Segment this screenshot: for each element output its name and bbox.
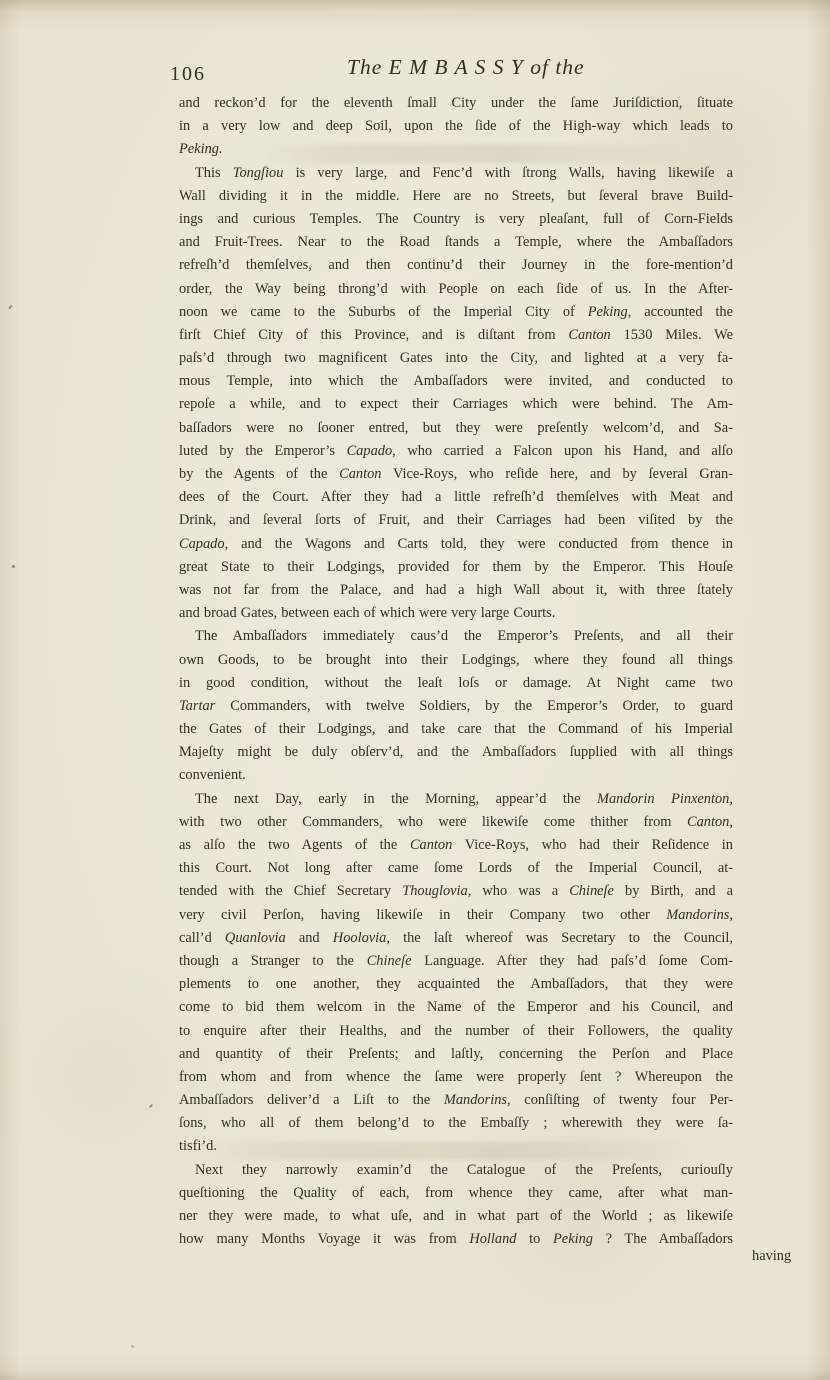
body-text: as alſo the two Agents of the — [179, 837, 410, 853]
body-text: , and the Wagons and Carts told, they we… — [225, 536, 733, 552]
text-line: Capado, and the Wagons and Carts told, t… — [179, 533, 733, 556]
ink-speck — [12, 565, 15, 568]
body-text: , the laſt whereof was Secretary to the … — [386, 930, 733, 946]
italic-text: Canton — [339, 466, 381, 482]
body-text: Wall dividing it in the middle. Here are… — [179, 188, 733, 204]
body-text: is very large, and Fenc’d with ſtrong Wa… — [283, 165, 733, 181]
body-text: Vice-Roys, who had their Reſidence in — [452, 837, 733, 853]
body-text: convenient. — [179, 767, 246, 783]
text-line: very civil Perſon, having likewiſe in th… — [179, 904, 733, 927]
italic-text: Thouglovia — [402, 883, 468, 899]
text-line: great State to their Lodgings, provided … — [179, 556, 733, 579]
text-line: ſons, who all of them belong’d to the Em… — [179, 1112, 733, 1135]
body-text: The Ambaſſadors immediately caus’d the E… — [195, 628, 733, 644]
body-text: dees of the Court. After they had a litt… — [179, 489, 733, 505]
text-line: how many Months Voyage it was from Holla… — [179, 1228, 733, 1251]
italic-text: Chineſe — [569, 883, 614, 899]
body-text: queſtioning the Quality of each, from wh… — [179, 1185, 733, 1201]
text-line: ner they were made, to what uſe, and in … — [179, 1205, 733, 1228]
italic-text: Canton — [568, 327, 610, 343]
body-text: to — [517, 1231, 554, 1247]
italic-text: Quanlovia — [225, 930, 286, 946]
body-text: , who was a — [468, 883, 569, 899]
text-line: by the Agents of the Canton Vice-Roys, w… — [179, 463, 733, 486]
body-text: tended with the Chief Secretary — [179, 883, 402, 899]
body-text: , — [729, 907, 733, 923]
italic-text: Mandorin Pinxenton — [597, 791, 729, 807]
text-line: firſt Chief City of this Province, and i… — [179, 324, 733, 347]
italic-text: Peking. — [179, 141, 223, 157]
text-line: The Ambaſſadors immediately caus’d the E… — [179, 625, 733, 648]
body-text: by Birth, and a — [614, 883, 733, 899]
italic-text: Peking — [588, 304, 628, 320]
body-text: , accounted the — [628, 304, 733, 320]
ink-speck — [131, 1345, 134, 1348]
text-line: paſs’d through two magnificent Gates int… — [179, 347, 733, 370]
text-line: in good condition, without the leaſt loſ… — [179, 672, 733, 695]
body-text: in good condition, without the leaſt loſ… — [179, 675, 733, 691]
body-text: 1530 Miles. We — [611, 327, 733, 343]
body-text: by the Agents of the — [179, 466, 339, 482]
text-line: and reckon’d for the eleventh ſmall City… — [179, 92, 733, 115]
body-text: come to bid them welcom in the Name of t… — [179, 999, 733, 1015]
text-line: Next they narrowly examin’d the Catalogu… — [179, 1159, 733, 1182]
text-line: queſtioning the Quality of each, from wh… — [179, 1182, 733, 1205]
body-text: and quantity of their Preſents; and laſt… — [179, 1046, 733, 1062]
body-text: and reckon’d for the eleventh ſmall City… — [179, 95, 733, 111]
body-text: from whom and from whence the ſame were … — [179, 1069, 733, 1085]
body-text: mous Temple, into which the Ambaſſadors … — [179, 373, 733, 389]
body-text: this Court. Not long after came ſome Lor… — [179, 860, 733, 876]
italic-text: Capado — [347, 443, 393, 459]
text-line: plements to one another, they acquainted… — [179, 973, 733, 996]
body-text: Language. After they had paſs’d ſome Com… — [411, 953, 733, 969]
body-text: the Gates of their Lodgings, and take ca… — [179, 721, 733, 737]
text-line: luted by the Emperor’s Capado, who carri… — [179, 440, 733, 463]
body-text: Drink, and ſeveral ſorts of Fruit, and t… — [179, 512, 733, 528]
text-line: with two other Commanders, who were like… — [179, 811, 733, 834]
italic-text: Capado — [179, 536, 225, 552]
body-text: in a very low and deep Soil, upon the ſi… — [179, 118, 733, 134]
text-line: The next Day, early in the Morning, appe… — [179, 788, 733, 811]
text-line: convenient. — [179, 764, 733, 787]
body-text: Ambaſſadors deliver’d a Liſt to the — [179, 1092, 444, 1108]
text-line: tended with the Chief Secretary Thouglov… — [179, 880, 733, 903]
body-text: with two other Commanders, who were like… — [179, 814, 687, 830]
text-line: own Goods, to be brought into their Lodg… — [179, 649, 733, 672]
body-text: to enquire after their Healths, and the … — [179, 1023, 733, 1039]
body-text: Next they narrowly examin’d the Catalogu… — [195, 1162, 733, 1178]
body-text: The next Day, early in the Morning, appe… — [195, 791, 597, 807]
text-line: to enquire after their Healths, and the … — [179, 1020, 733, 1043]
italic-text: Peking — [553, 1231, 593, 1247]
text-line: Tartar Commanders, with twelve Soldiers,… — [179, 695, 733, 718]
text-line: Majeſty might be duly obſerv’d, and the … — [179, 741, 733, 764]
body-text: , who carried a Falcon upon his Hand, an… — [392, 443, 733, 459]
body-text: and broad Gates, between each of which w… — [179, 605, 555, 621]
italic-text: Mandorins — [444, 1092, 507, 1108]
body-text: order, the Way being throng’d with Peopl… — [179, 281, 733, 297]
text-line: this Court. Not long after came ſome Lor… — [179, 857, 733, 880]
text-line: from whom and from whence the ſame were … — [179, 1066, 733, 1089]
italic-text: Chineſe — [367, 953, 412, 969]
text-line: and quantity of their Preſents; and laſt… — [179, 1043, 733, 1066]
text-line: come to bid them welcom in the Name of t… — [179, 996, 733, 1019]
text-line: Wall dividing it in the middle. Here are… — [179, 185, 733, 208]
text-line: and broad Gates, between each of which w… — [179, 602, 733, 625]
body-text: was not far from the Palace, and had a h… — [179, 582, 733, 598]
italic-text: Hoolovia — [333, 930, 387, 946]
body-text: luted by the Emperor’s — [179, 443, 347, 459]
text-line: baſſadors were no ſooner entred, but the… — [179, 417, 733, 440]
text-line: though a Stranger to the Chineſe Languag… — [179, 950, 733, 973]
text-line: ings and curious Temples. The Country is… — [179, 208, 733, 231]
ink-speck — [149, 1104, 153, 1108]
italic-text: Canton — [687, 814, 729, 830]
text-block: and reckon’d for the eleventh ſmall City… — [179, 92, 733, 1251]
body-text: though a Stranger to the — [179, 953, 367, 969]
body-text: baſſadors were no ſooner entred, but the… — [179, 420, 733, 436]
body-text: plements to one another, they acquainted… — [179, 976, 733, 992]
body-text: very civil Perſon, having likewiſe in th… — [179, 907, 666, 923]
text-line: Drink, and ſeveral ſorts of Fruit, and t… — [179, 509, 733, 532]
text-line: repoſe a while, and to expect their Carr… — [179, 393, 733, 416]
text-line: order, the Way being throng’d with Peopl… — [179, 278, 733, 301]
body-text: ner they were made, to what uſe, and in … — [179, 1208, 733, 1224]
body-text: great State to their Lodgings, provided … — [179, 559, 733, 575]
text-line: dees of the Court. After they had a litt… — [179, 486, 733, 509]
body-text: noon we came to the Suburbs of the Imper… — [179, 304, 588, 320]
body-text: , conſiſting of twenty four Per- — [507, 1092, 733, 1108]
text-line: was not far from the Palace, and had a h… — [179, 579, 733, 602]
body-text: ? The Ambaſſadors — [593, 1231, 733, 1247]
italic-text: Holland — [469, 1231, 516, 1247]
catchword: having — [752, 1248, 791, 1265]
verso-showthrough — [200, 1142, 700, 1160]
body-text: and Fruit-Trees. Near to the Road ſtands… — [179, 234, 733, 250]
text-line: refreſh’d themſelves, and then continu’d… — [179, 254, 733, 277]
body-text: Commanders, with twelve Soldiers, by the… — [215, 698, 733, 714]
book-page-scan: { "page": { "page_number": "106", "runni… — [0, 0, 830, 1380]
italic-text: Canton — [410, 837, 452, 853]
body-text: This — [195, 165, 233, 181]
body-text: and — [286, 930, 333, 946]
italic-text: Tongſiou — [233, 165, 284, 181]
body-text: firſt Chief City of this Province, and i… — [179, 327, 568, 343]
page-number: 106 — [170, 63, 206, 86]
ink-speck — [8, 304, 13, 309]
body-text: Vice-Roys, who reſide here, and by ſever… — [381, 466, 733, 482]
text-line: the Gates of their Lodgings, and take ca… — [179, 718, 733, 741]
body-text: how many Months Voyage it was from — [179, 1231, 469, 1247]
text-line: mous Temple, into which the Ambaſſadors … — [179, 370, 733, 393]
italic-text: Mandorins — [666, 907, 729, 923]
italic-text: Tartar — [179, 698, 215, 714]
verso-showthrough — [260, 145, 680, 163]
body-text: repoſe a while, and to expect their Carr… — [179, 396, 733, 412]
body-text: ings and curious Temples. The Country is… — [179, 211, 733, 227]
body-text: call’d — [179, 930, 225, 946]
text-line: This Tongſiou is very large, and Fenc’d … — [179, 162, 733, 185]
text-line: as alſo the two Agents of the Canton Vic… — [179, 834, 733, 857]
text-line: noon we came to the Suburbs of the Imper… — [179, 301, 733, 324]
body-text: own Goods, to be brought into their Lodg… — [179, 652, 733, 668]
body-text: ſons, who all of them belong’d to the Em… — [179, 1115, 733, 1131]
body-text: , — [729, 791, 733, 807]
text-line: and Fruit-Trees. Near to the Road ſtands… — [179, 231, 733, 254]
body-text: paſs’d through two magnificent Gates int… — [179, 350, 733, 366]
running-title: The E M B A S S Y of the — [347, 55, 585, 80]
text-line: call’d Quanlovia and Hoolovia, the laſt … — [179, 927, 733, 950]
body-text: Majeſty might be duly obſerv’d, and the … — [179, 744, 733, 760]
text-line: Ambaſſadors deliver’d a Liſt to the Mand… — [179, 1089, 733, 1112]
body-text: refreſh’d themſelves, and then continu’d… — [179, 257, 733, 273]
body-text: , — [729, 814, 733, 830]
text-line: in a very low and deep Soil, upon the ſi… — [179, 115, 733, 138]
